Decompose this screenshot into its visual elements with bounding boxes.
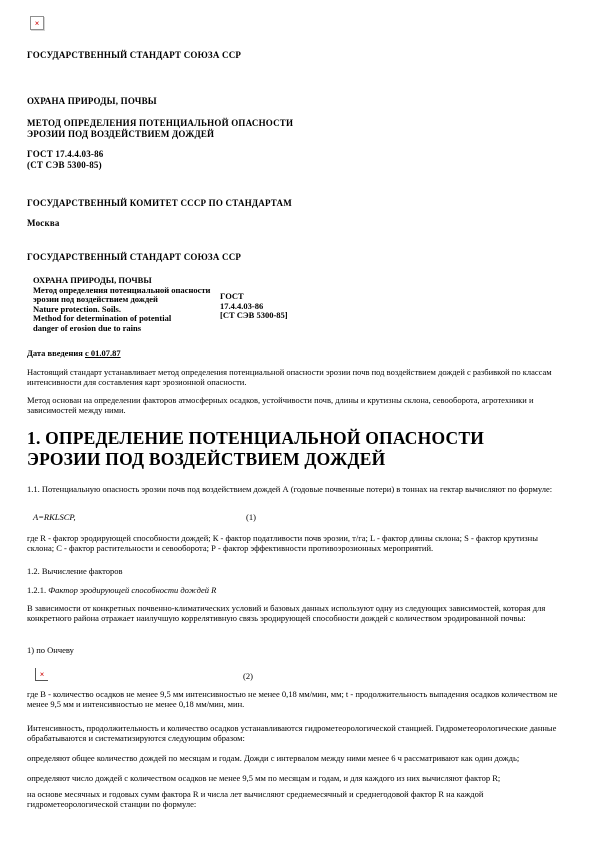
paragraph-where-2: где В - количество осадков не менее 9,5 … [27, 689, 565, 709]
paragraph-determine-count: определяют число дождей с количеством ос… [27, 773, 565, 783]
title-block-left-line: danger of erosion due to rains [33, 324, 210, 334]
paragraph-dependency: В зависимости от конкретных почвенно-кли… [27, 603, 565, 623]
heading-1-2-1: 1.2.1. Фактор эродирующей способности до… [27, 585, 216, 595]
subject-title: ОХРАНА ПРИРОДЫ, ПОЧВЫ [27, 96, 157, 106]
formula-2-row: × (2) [35, 668, 573, 681]
ussr-standard-title: ГОСУДАРСТВЕННЫЙ СТАНДАРТ СОЮЗА ССР [27, 50, 241, 60]
heading-1-2: 1.2. Вычисление факторов [27, 566, 123, 576]
st-sev-number: (СТ СЭВ 5300-85) [27, 160, 104, 171]
date-introduction-row: Дата введения с 01.07.87 [27, 348, 121, 358]
formula-2-broken-image-icon: × [35, 668, 48, 681]
paragraph-based-on: на основе месячных и годовых сумм фактор… [27, 789, 565, 809]
method-title: МЕТОД ОПРЕДЕЛЕНИЯ ПОТЕНЦИАЛЬНОЙ ОПАСНОСТ… [27, 118, 293, 139]
method-title-line2: ЭРОЗИИ ПОД ВОЗДЕЙСТВИЕМ ДОЖДЕЙ [27, 129, 293, 140]
formula-2-number: (2) [243, 671, 253, 681]
paragraph-where-1: где R - фактор эродирующей способности д… [27, 533, 565, 553]
broken-image-icon: × [30, 16, 44, 30]
formula-1-row: А=RKLSCP, (1) [33, 512, 571, 522]
title-block-right: ГОСТ 17.4.4.03-86 [СТ СЭВ 5300-85] [220, 292, 288, 321]
heading-1-2-1-number: 1.2.1. [27, 585, 46, 595]
document-page: × ГОСУДАРСТВЕННЫЙ СТАНДАРТ СОЮЗА ССР ОХР… [0, 0, 595, 842]
title-block-left: ОХРАНА ПРИРОДЫ, ПОЧВЫ Метод определения … [33, 276, 210, 333]
section1-heading: 1. ОПРЕДЕЛЕНИЕ ПОТЕНЦИАЛЬНОЙ ОПАСНОСТИ Э… [27, 428, 497, 470]
gost-number: ГОСТ 17.4.4.03-86 [27, 149, 104, 160]
scope-paragraph: Настоящий стандарт устанавливает метод о… [27, 367, 565, 387]
formula-1-number: (1) [246, 512, 256, 522]
paragraph-1-1: 1.1. Потенциальную опасность эрозии почв… [27, 484, 565, 494]
heading-1-2-1-text: Фактор эродирующей способности дождей R [48, 585, 216, 595]
gost-number-block: ГОСТ 17.4.4.03-86 (СТ СЭВ 5300-85) [27, 149, 104, 170]
date-introduction-label: Дата введения [27, 348, 83, 358]
title-block-right-line: [СТ СЭВ 5300-85] [220, 311, 288, 321]
committee-title: ГОСУДАРСТВЕННЫЙ КОМИТЕТ СССР ПО СТАНДАРТ… [27, 198, 292, 208]
ussr-standard-title-repeat: ГОСУДАРСТВЕННЫЙ СТАНДАРТ СОЮЗА ССР [27, 252, 241, 262]
item-onchev: 1) по Ончеву [27, 645, 74, 655]
method-basis-paragraph: Метод основан на определении факторов ат… [27, 395, 565, 415]
city-label: Москва [27, 218, 60, 228]
formula-1: А=RKLSCP, [33, 512, 76, 522]
paragraph-determine-total: определяют общее количество дождей по ме… [27, 753, 565, 763]
date-introduction-value-link[interactable]: с 01.07.87 [85, 348, 121, 358]
method-title-line1: МЕТОД ОПРЕДЕЛЕНИЯ ПОТЕНЦИАЛЬНОЙ ОПАСНОСТ… [27, 118, 293, 129]
paragraph-intensity: Интенсивность, продолжительность и колич… [27, 723, 565, 743]
